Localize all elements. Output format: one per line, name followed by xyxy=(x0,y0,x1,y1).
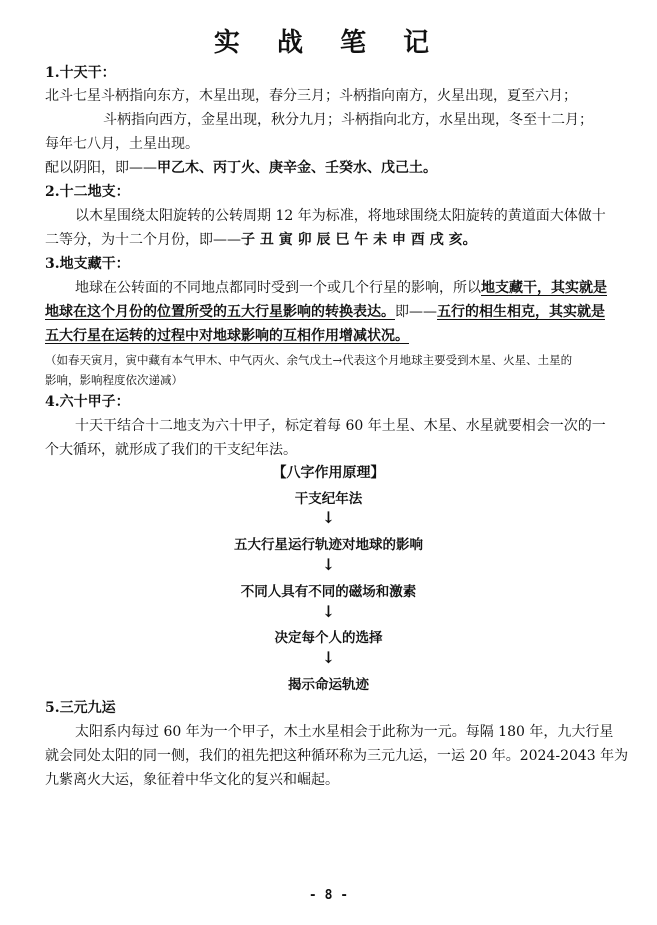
section-5-line-1: 太阳系内每过 60 年为一个甲子，木土水星相会于此称为一元。每隔 180 年，九… xyxy=(45,722,613,742)
flow-step-2: 五大行星运行轨迹对地球的影响 xyxy=(0,533,657,553)
section-5-line-3: 九紫离火大运，象征着中华文化的复兴和崛起。 xyxy=(45,770,339,790)
flow-step-3: 不同人具有不同的磁场和激素 xyxy=(0,580,657,600)
section-2-heading: 2.十二地支： xyxy=(45,182,130,202)
section-1-line-3: 每年七八月，土星出现。 xyxy=(45,134,199,154)
s3-text-a: 地球在公转面的不同地点都同时受到一个或几个行星的影响，所以 xyxy=(75,280,481,296)
section-4-heading: 4.六十甲子： xyxy=(45,392,130,412)
yinyang-intro: 配以阴阳，即—— xyxy=(45,160,157,176)
section-3-line-2: 地球在这个月份的位置所受的五大行星影响的转换表达。即——五行的相生相克，其实就是 xyxy=(45,302,605,322)
arrow-down-icon: ↓ xyxy=(0,508,657,527)
section-3-note-1: （如春天寅月，寅中藏有本气甲木、中气丙火、余气戊土→代表这个月地球主要受到木星、… xyxy=(45,350,572,370)
flow-step-1: 干支纪年法 xyxy=(0,487,657,507)
section-3-heading: 3.地支藏干： xyxy=(45,254,130,274)
section-1-line-2: 斗柄指向西方，金星出现，秋分九月；斗柄指向北方，水星出现，冬至十二月； xyxy=(45,110,593,130)
arrow-down-icon: ↓ xyxy=(0,602,657,621)
page-number: - 8 - xyxy=(0,888,657,903)
section-3-line-1: 地球在公转面的不同地点都同时受到一个或几个行星的影响，所以地支藏干，其实就是 xyxy=(45,278,607,298)
section-5-line-2: 就会同处太阳的同一侧，我们的祖先把这种循环称为三元九运，一运 20 年。2024… xyxy=(45,746,628,766)
heavenly-stems: 甲乙木、丙丁火、庚辛金、壬癸水、戊己土。 xyxy=(157,160,437,176)
document-page: 实 战 笔 记 1.十天干： 北斗七星斗柄指向东方，木星出现，春分三月；斗柄指向… xyxy=(0,0,657,925)
branches-intro: 二等分，为十二个月份，即—— xyxy=(45,232,241,248)
section-5-heading: 5.三元九运 xyxy=(45,698,116,718)
earthly-branches: 子 丑 寅 卯 辰 巳 午 未 申 酉 戌 亥。 xyxy=(241,232,477,248)
s3-text-b: 即—— xyxy=(395,304,437,320)
section-4-line-1: 十天干结合十二地支为六十甲子，标定着每 60 年土星、木星、水星就要相会一次的一 xyxy=(45,416,606,436)
section-3-line-3: 五大行星在运转的过程中对地球影响的互相作用增减状况。 xyxy=(45,326,409,346)
arrow-down-icon: ↓ xyxy=(0,555,657,574)
section-1-line-4: 配以阴阳，即——甲乙木、丙丁火、庚辛金、壬癸水、戊己土。 xyxy=(45,158,437,178)
s3-emphasis-a: 地支藏干，其实就是 xyxy=(481,280,607,296)
section-1-line-1: 北斗七星斗柄指向东方，木星出现，春分三月；斗柄指向南方，火星出现，夏至六月； xyxy=(45,86,577,106)
arrow-down-icon: ↓ xyxy=(0,648,657,667)
page-title: 实 战 笔 记 xyxy=(0,22,657,59)
s3-emphasis-c: 五行的相生相克，其实就是 xyxy=(437,304,605,320)
section-4-line-2: 个大循环，就形成了我们的干支纪年法。 xyxy=(45,440,297,460)
flow-step-4: 决定每个人的选择 xyxy=(0,626,657,646)
flow-step-5: 揭示命运轨迹 xyxy=(0,673,657,693)
section-3-note-2: 影响，影响程度依次递减） xyxy=(45,370,183,390)
s3-emphasis-b: 地球在这个月份的位置所受的五大行星影响的转换表达。 xyxy=(45,304,395,320)
section-2-line-2: 二等分，为十二个月份，即——子 丑 寅 卯 辰 巳 午 未 申 酉 戌 亥。 xyxy=(45,230,477,250)
section-2-line-1: 以木星围绕太阳旋转的公转周期 12 年为标准，将地球围绕太阳旋转的黄道面大体做十 xyxy=(45,206,606,226)
flow-title: 【八字作用原理】 xyxy=(0,462,657,482)
section-1-heading: 1.十天干： xyxy=(45,63,116,83)
